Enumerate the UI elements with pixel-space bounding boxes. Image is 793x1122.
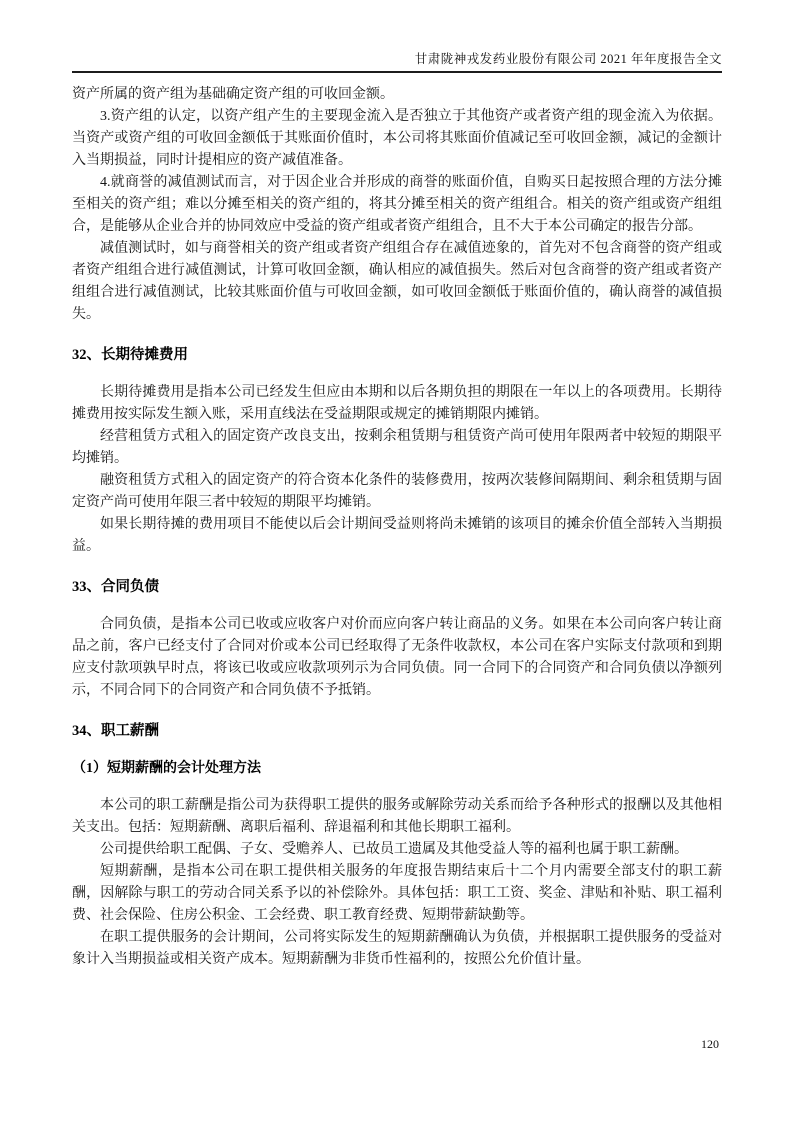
section-heading-32-long-term-deferred-expenses: 32、长期待摊费用 [72,345,722,365]
section-heading-34-employee-compensation: 34、职工薪酬 [72,721,722,741]
report-title: 甘肃陇神戎发药业股份有限公司 2021 年年度报告全文 [415,52,722,66]
paragraph-goodwill-allocation: 4.就商誉的减值测试而言，对于因企业合并形成的商誉的账面价值，自购买日起按照合理… [72,172,722,238]
paragraph-short-term-compensation-scope: 短期薪酬，是指本公司在职工提供相关服务的年度报告期结束后十二个月内需要全部支付的… [72,861,722,927]
paragraph-goodwill-impairment-test: 减值测试时，如与商誉相关的资产组或者资产组组合存在减值迹象的，首先对不包含商誉的… [72,238,722,326]
document-body: 资产所属的资产组为基础确定资产组的可收回金额。 3.资产组的认定，以资产组产生的… [72,73,722,971]
paragraph-asset-group-continuation: 资产所属的资产组为基础确定资产组的可收回金额。 [72,84,722,106]
paragraph-deferred-expenses-definition: 长期待摊费用是指本公司已经发生但应由本期和以后各期负担的期限在一年以上的各项费用… [72,382,722,426]
paragraph-employee-compensation-definition: 本公司的职工薪酬是指公司为获得职工提供的服务或解除劳动关系而给予各种形式的报酬以… [72,795,722,839]
paragraph-employee-dependents-benefits: 公司提供给职工配偶、子女、受赡养人、已故员工遗属及其他受益人等的福利也属于职工薪… [72,839,722,861]
paragraph-operating-lease-improvement: 经营租赁方式租入的固定资产改良支出，按剩余租赁期与租赁资产尚可使用年限两者中较短… [72,426,722,470]
subsection-heading-short-term-compensation-method: （1）短期薪酬的会计处理方法 [72,759,722,779]
paragraph-contract-liabilities-definition: 合同负债，是指本公司已收或应收客户对价而应向客户转让商品的义务。如果在本公司向客… [72,614,722,702]
paragraph-finance-lease-decoration: 融资租赁方式租入的固定资产的符合资本化条件的装修费用，按两次装修间隔期间、剩余租… [72,470,722,514]
paragraph-short-term-compensation-recognition: 在职工提供服务的会计期间，公司将实际发生的短期薪酬确认为负债，并根据职工提供服务… [72,927,722,971]
report-page: 甘肃陇神戎发药业股份有限公司 2021 年年度报告全文 资产所属的资产组为基础确… [0,0,793,1122]
running-header: 甘肃陇神戎发药业股份有限公司 2021 年年度报告全文 [72,0,722,73]
paragraph-deferred-expenses-writeoff: 如果长期待摊的费用项目不能使以后会计期间受益则将尚未摊销的该项目的摊余价值全部转… [72,514,722,558]
section-heading-33-contract-liabilities: 33、合同负债 [72,577,722,597]
paragraph-asset-group-recognition: 3.资产组的认定，以资产组产生的主要现金流入是否独立于其他资产或者资产组的现金流… [72,106,722,172]
page-number: 120 [701,1037,719,1052]
